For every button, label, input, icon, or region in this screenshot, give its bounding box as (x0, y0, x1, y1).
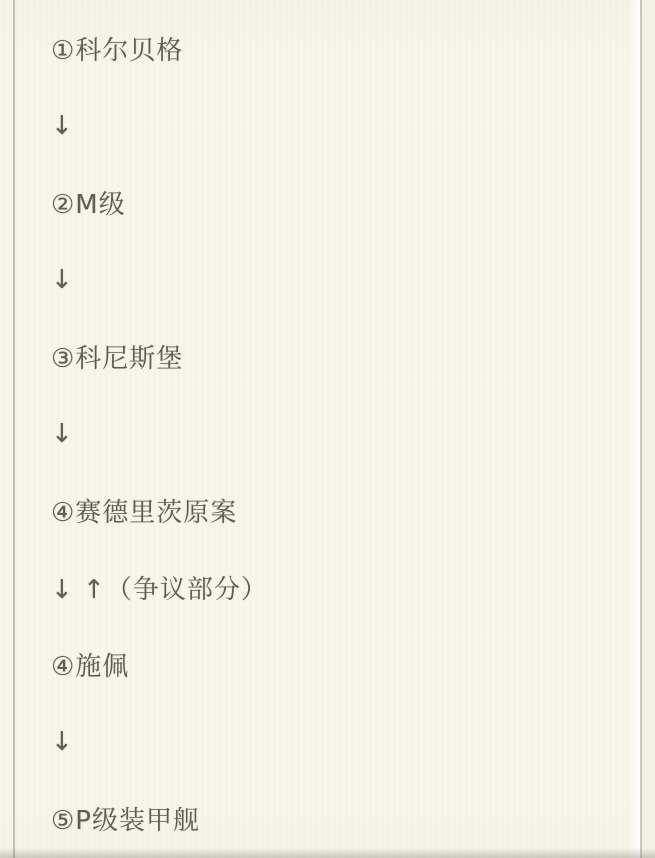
flow-list: ①科尔贝格 ↓ ②M级 ↓ ③科尼斯堡 ↓ ④赛德里茨原案 ↓ ↑（争议部分） … (51, 10, 635, 857)
down-up-arrows-disputed: ↓ ↑（争议部分） (51, 549, 635, 626)
flow-step-seydlitz-draft: ④赛德里茨原案 (51, 472, 635, 549)
flow-step-kolberg: ①科尔贝格 (51, 10, 635, 87)
flow-step-p-class: ⑤P级装甲舰 (51, 780, 635, 857)
down-arrow-icon: ↓ (51, 87, 635, 164)
right-margin-rule (640, 0, 642, 858)
flow-step-spee: ④施佩 (51, 626, 635, 703)
document-page: ①科尔贝格 ↓ ②M级 ↓ ③科尼斯堡 ↓ ④赛德里茨原案 ↓ ↑（争议部分） … (0, 0, 655, 858)
left-margin-rule (13, 0, 15, 858)
down-arrow-icon: ↓ (51, 703, 635, 780)
right-margin-area (642, 0, 655, 858)
bottom-edge-shadow (0, 848, 655, 858)
down-arrow-icon: ↓ (51, 241, 635, 318)
flow-step-m-class: ②M级 (51, 164, 635, 241)
down-arrow-icon: ↓ (51, 395, 635, 472)
flow-step-konigsberg: ③科尼斯堡 (51, 318, 635, 395)
